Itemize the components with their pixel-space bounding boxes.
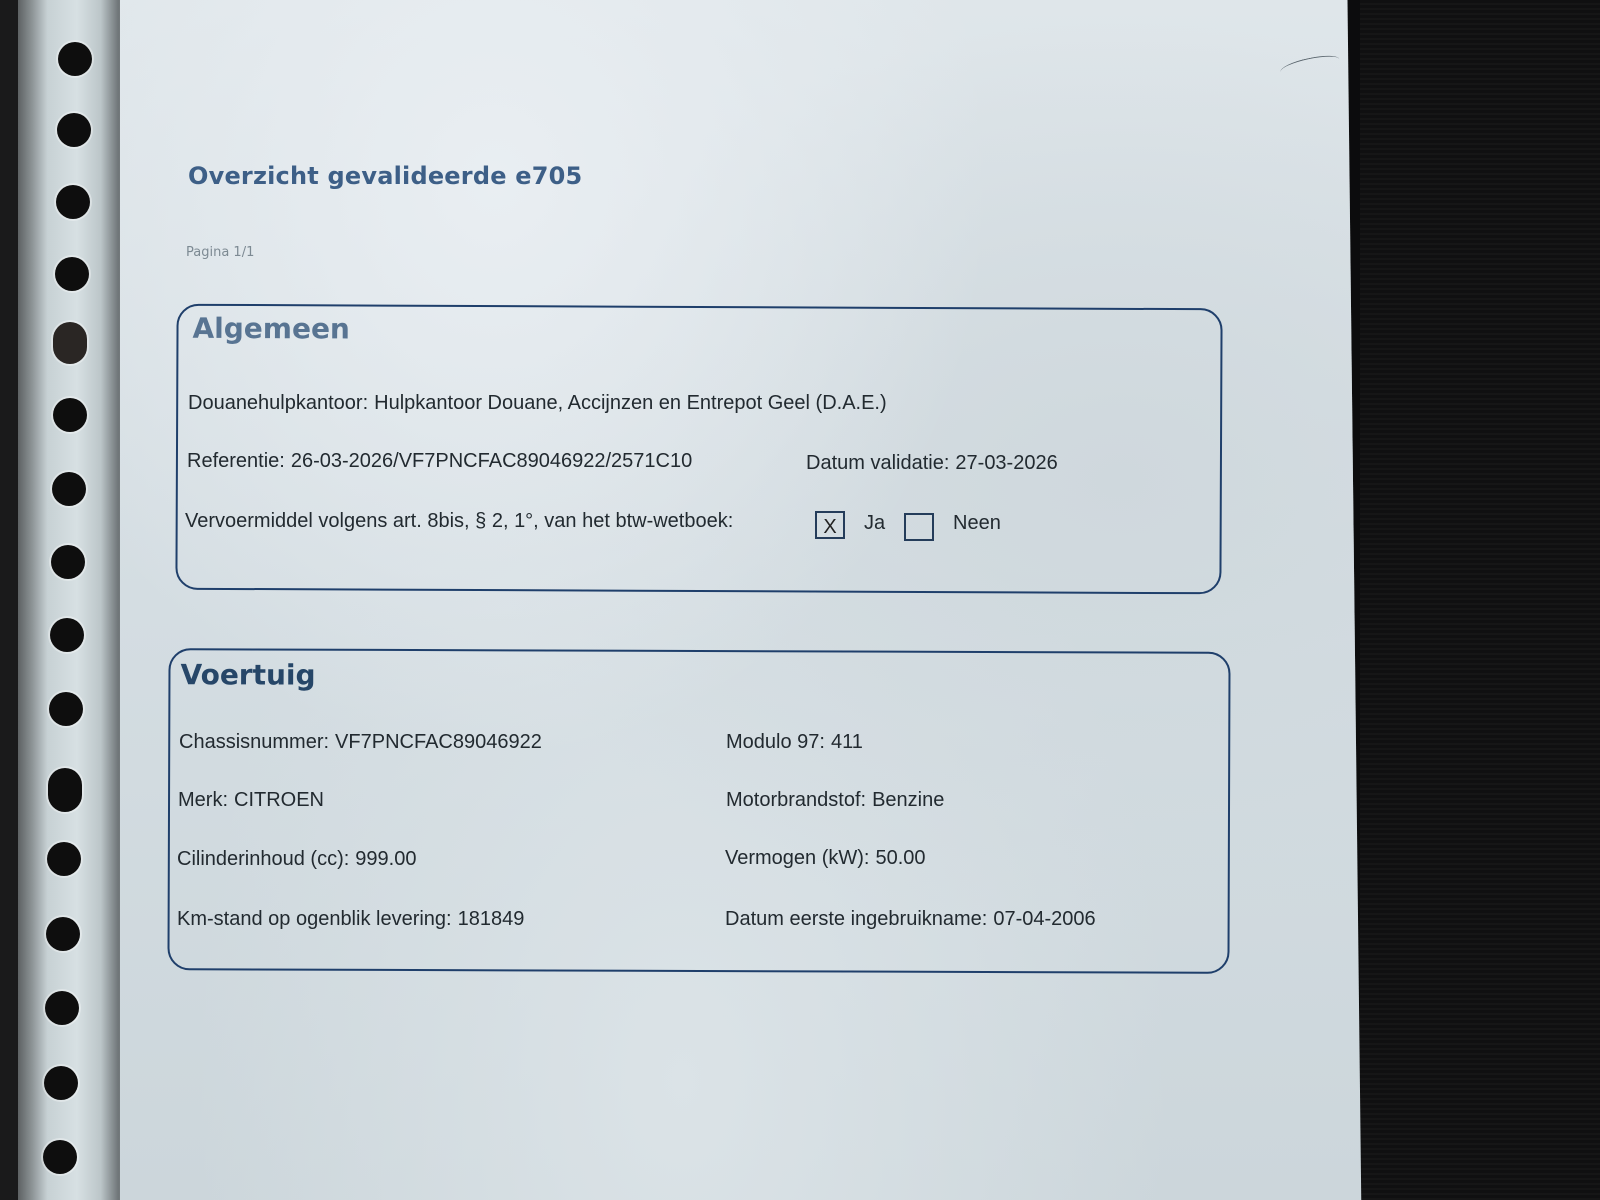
document-title: Overzicht gevalideerde e705 bbox=[188, 162, 582, 190]
punch-hole bbox=[53, 322, 87, 364]
field-label: Modulo 97: bbox=[726, 731, 825, 753]
field-value: 27-03-2026 bbox=[955, 452, 1057, 474]
field-label: Datum validatie: bbox=[806, 452, 949, 474]
dark-fabric-background bbox=[1360, 0, 1600, 1200]
punch-hole bbox=[43, 1140, 77, 1174]
field-vermogen: Vermogen (kW):50.00 bbox=[725, 847, 926, 870]
field-label: Vervoermiddel volgens art. 8bis, § 2, 1°… bbox=[185, 510, 733, 532]
field-value: 181849 bbox=[458, 908, 525, 930]
field-label: Km-stand op ogenblik levering: bbox=[177, 908, 452, 930]
field-referentie: Referentie:26-03-2026/VF7PNCFAC89046922/… bbox=[187, 450, 692, 473]
field-datum-validatie: Datum validatie:27-03-2026 bbox=[806, 452, 1058, 475]
field-label: Merk: bbox=[178, 789, 228, 811]
field-value: 07-04-2006 bbox=[993, 908, 1095, 930]
section-heading-algemeen: Algemeen bbox=[192, 312, 350, 346]
punch-hole bbox=[44, 1066, 78, 1100]
field-datum-eerste-ingebruikname: Datum eerste ingebruikname:07-04-2006 bbox=[725, 908, 1096, 931]
punch-hole bbox=[48, 768, 82, 812]
field-label: Referentie: bbox=[187, 450, 285, 472]
checkbox-label-ja: Ja bbox=[864, 512, 885, 535]
field-douanehulpkantoor: Douanehulpkantoor:Hulpkantoor Douane, Ac… bbox=[188, 392, 887, 415]
page-number: Pagina 1/1 bbox=[186, 245, 254, 260]
field-modulo97: Modulo 97:411 bbox=[726, 731, 863, 754]
field-value: VF7PNCFAC89046922 bbox=[335, 731, 542, 753]
checkbox-ja[interactable]: X bbox=[815, 511, 845, 539]
field-value: 26-03-2026/VF7PNCFAC89046922/2571C10 bbox=[291, 450, 692, 472]
field-chassisnummer: Chassisnummer:VF7PNCFAC89046922 bbox=[179, 731, 542, 754]
field-value: Benzine bbox=[872, 789, 944, 811]
field-value: 50.00 bbox=[875, 847, 925, 869]
punch-hole bbox=[50, 618, 84, 652]
punch-hole bbox=[58, 42, 92, 76]
field-label: Datum eerste ingebruikname: bbox=[725, 908, 987, 930]
field-value: 411 bbox=[831, 731, 863, 753]
punch-hole bbox=[46, 917, 80, 951]
field-label: Douanehulpkantoor: bbox=[188, 392, 368, 414]
punch-hole bbox=[56, 185, 90, 219]
field-merk: Merk:CITROEN bbox=[178, 789, 324, 812]
sheet-protector-binder-strip bbox=[18, 0, 136, 1200]
punch-hole bbox=[49, 692, 83, 726]
punch-hole bbox=[51, 545, 85, 579]
punch-hole bbox=[52, 472, 86, 506]
punch-hole bbox=[53, 398, 87, 432]
checkbox-label-neen: Neen bbox=[953, 512, 1001, 535]
field-kmstand: Km-stand op ogenblik levering:181849 bbox=[177, 908, 524, 931]
punch-hole bbox=[57, 113, 91, 147]
section-heading-voertuig: Voertuig bbox=[180, 658, 315, 691]
field-vervoermiddel: Vervoermiddel volgens art. 8bis, § 2, 1°… bbox=[185, 510, 733, 533]
field-motorbrandstof: Motorbrandstof:Benzine bbox=[726, 789, 944, 812]
field-label: Chassisnummer: bbox=[179, 731, 329, 753]
punch-hole bbox=[55, 257, 89, 291]
field-label: Cilinderinhoud (cc): bbox=[177, 848, 349, 870]
field-label: Motorbrandstof: bbox=[726, 789, 866, 811]
field-value: Hulpkantoor Douane, Accijnzen en Entrepo… bbox=[374, 392, 887, 414]
field-value: 999.00 bbox=[355, 848, 416, 870]
field-label: Vermogen (kW): bbox=[725, 847, 869, 869]
punch-hole bbox=[45, 991, 79, 1025]
field-value: CITROEN bbox=[234, 789, 324, 811]
field-cilinderinhoud: Cilinderinhoud (cc):999.00 bbox=[177, 848, 416, 871]
section-algemeen: Algemeen bbox=[175, 304, 1222, 595]
checkbox-neen[interactable] bbox=[904, 513, 934, 541]
punch-hole bbox=[47, 842, 81, 876]
